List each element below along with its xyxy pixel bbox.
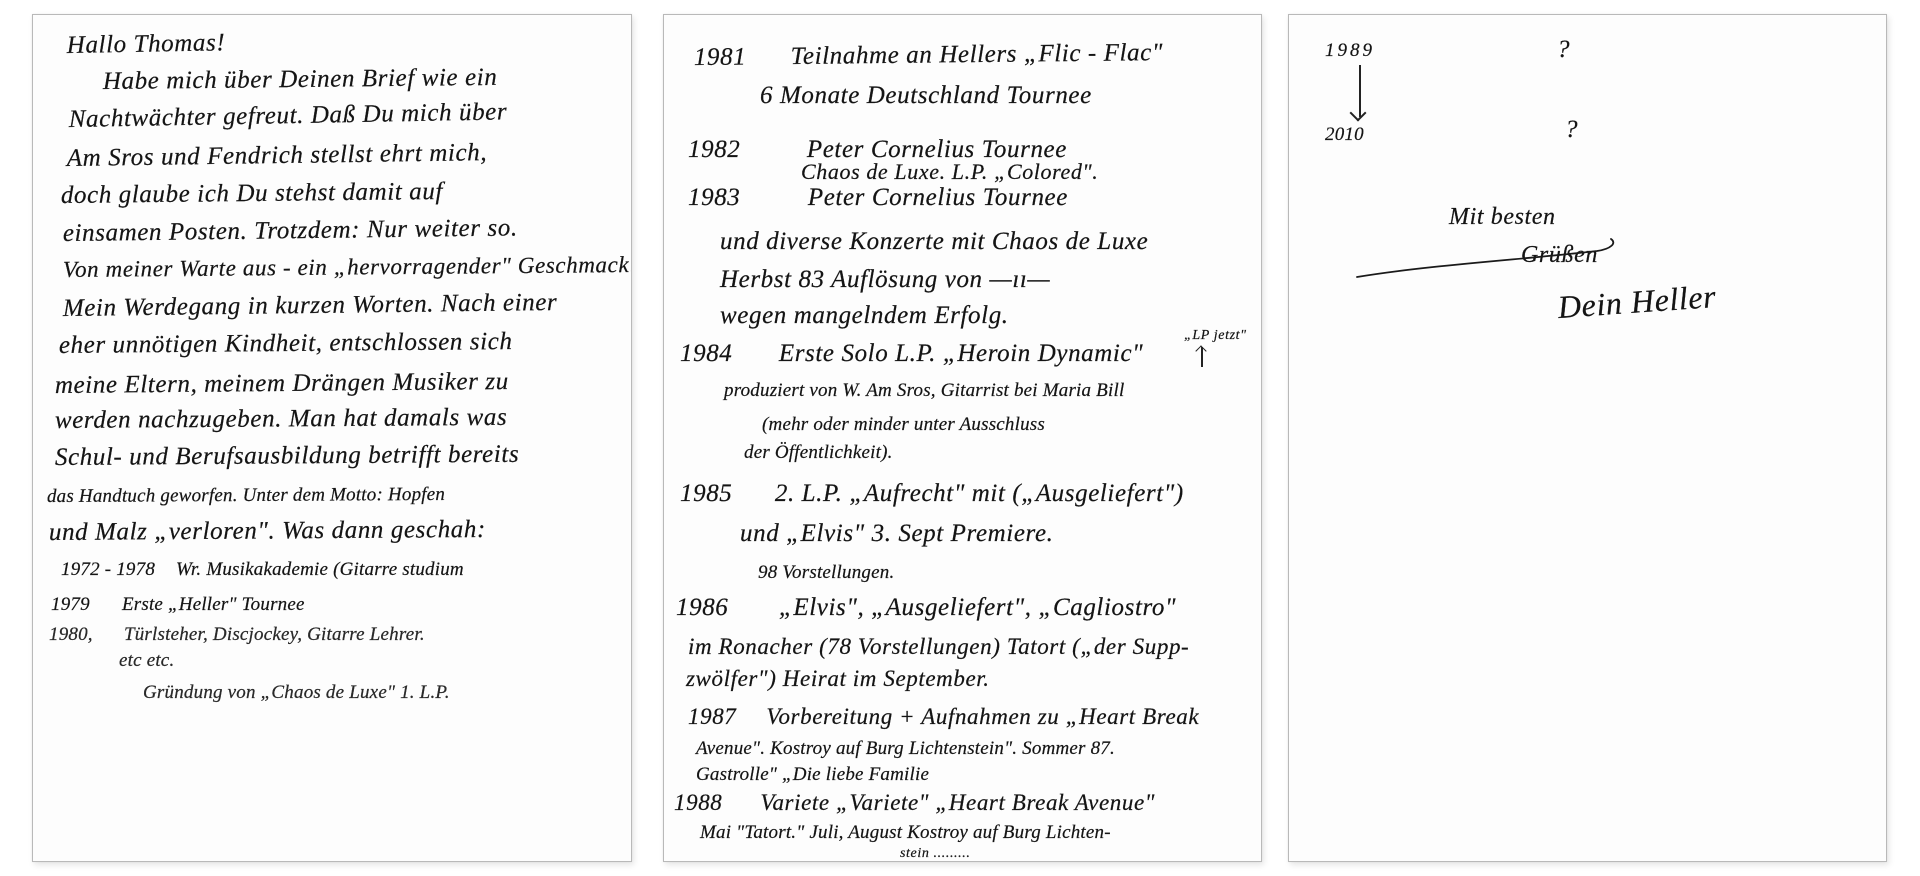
letter-line: eher unnötigen Kindheit, entschlossen si… — [59, 329, 513, 358]
arrow-down-icon — [1359, 65, 1361, 117]
timeline-year: 1980, — [49, 625, 119, 644]
timeline-year: 1986 — [676, 595, 772, 620]
letter-line: einsamen Posten. Trotzdem: Nur weiter so… — [63, 215, 518, 246]
timeline-text: Vorbereitung + Aufnahmen zu „Heart Break — [766, 704, 1199, 729]
timeline-text: Peter Cornelius Tournee — [808, 184, 1068, 211]
margin-annotation: „LP jetzt" — [1184, 329, 1247, 343]
timeline-row: 1985 2. L.P. „Aufrecht" mit („Ausgeliefe… — [680, 481, 1184, 506]
range-start-year: 1989 — [1325, 41, 1375, 60]
timeline-row: 1981 Teilnahme an Hellers „Flic - Flac" — [694, 40, 1163, 70]
range-end-year: 2010 — [1325, 125, 1364, 144]
timeline-text: Gründung von „Chaos de Luxe" 1. L.P. — [143, 682, 450, 703]
timeline-text: Wr. Musikakademie (Gitarre studium — [176, 559, 464, 580]
letter-page-3: 1989 2010 ? ? Mit besten Grüßen Dein Hel… — [1288, 14, 1887, 862]
timeline-text: 6 Monate Deutschland Tournee — [760, 83, 1092, 108]
timeline-year: 1984 — [680, 341, 772, 366]
timeline-text: stein ......... — [900, 847, 970, 861]
timeline-text: Erste Solo L.P. „Heroin Dynamic" — [779, 340, 1143, 367]
timeline-row: etc etc. — [119, 651, 174, 670]
arrow-up-icon — [1201, 347, 1203, 367]
question-mark: ? — [1565, 117, 1578, 142]
timeline-text: Türlsteher, Discjockey, Gitarre Lehrer. — [124, 624, 425, 645]
timeline-text: 2. L.P. „Aufrecht" mit („Ausgeliefert") — [775, 480, 1184, 507]
timeline-row: 1984 Erste Solo L.P. „Heroin Dynamic" — [680, 341, 1143, 366]
timeline-text: Variete „Variete" „Heart Break Avenue" — [760, 790, 1155, 815]
timeline-text: Gastrolle" „Die liebe Familie — [696, 765, 929, 784]
question-mark: ? — [1557, 37, 1570, 62]
timeline-row: 1986 „Elvis", „Ausgeliefert", „Cagliostr… — [676, 595, 1176, 620]
letter-line: Habe mich über Deinen Brief wie ein — [103, 65, 498, 94]
timeline-text: Teilnahme an Hellers „Flic - Flac" — [791, 39, 1164, 70]
timeline-year: 1979 — [51, 595, 117, 614]
letter-line: Nachtwächter gefreut. Daß Du mich über — [69, 99, 508, 132]
timeline-text: „Elvis", „Ausgeliefert", „Cagliostro" — [779, 594, 1176, 621]
timeline-text: (mehr oder minder unter Ausschluss — [762, 415, 1045, 434]
timeline-year: 1983 — [688, 185, 801, 210]
letter-line: und Malz „verloren". Was dann geschah: — [49, 517, 486, 545]
signature-underline — [1349, 195, 1629, 285]
letter-line: das Handtuch geworfen. Unter dem Motto: … — [47, 485, 445, 506]
timeline-year: 1981 — [694, 44, 784, 70]
timeline-row: Gründung von „Chaos de Luxe" 1. L.P. — [143, 683, 450, 702]
timeline-text: und diverse Konzerte mit Chaos de Luxe — [720, 229, 1148, 254]
timeline-text: Avenue". Kostroy auf Burg Lichtenstein".… — [696, 739, 1115, 758]
letter-page-1: Hallo Thomas! Habe mich über Deinen Brie… — [32, 14, 632, 862]
timeline-year: 1988 — [674, 791, 754, 814]
timeline-text: im Ronacher (78 Vorstellungen) Tatort („… — [688, 635, 1189, 658]
timeline-year: 1972 - 1978 — [61, 560, 171, 579]
timeline-text: Chaos de Luxe. L.P. „Colored". — [801, 161, 1098, 183]
timeline-text: Mai "Tatort." Juli, August Kostroy auf B… — [700, 823, 1111, 842]
timeline-text: und „Elvis" 3. Sept Premiere. — [740, 521, 1054, 546]
letter-line: werden nachzugeben. Man hat damals was — [55, 405, 508, 433]
letter-line: Am Sros und Fendrich stellst ehrt mich, — [67, 140, 488, 171]
letter-line: Mein Werdegang in kurzen Worten. Nach ei… — [63, 290, 558, 321]
letter-page-2: 1981 Teilnahme an Hellers „Flic - Flac" … — [663, 14, 1262, 862]
timeline-row: 1983 Peter Cornelius Tournee — [688, 185, 1068, 210]
letter-line: meine Eltern, meinem Drängen Musiker zu — [55, 369, 509, 398]
timeline-year: 1982 — [688, 137, 800, 162]
letter-line: Von meiner Warte aus - ein „hervorragend… — [63, 253, 632, 281]
letter-line: doch glaube ich Du stehst damit auf — [61, 179, 443, 208]
timeline-row: 1979 Erste „Heller" Tournee — [51, 595, 305, 614]
timeline-text: produziert von W. Am Sros, Gitarrist bei… — [724, 381, 1124, 400]
timeline-row: 1980, Türlsteher, Discjockey, Gitarre Le… — [49, 625, 425, 644]
timeline-text: etc etc. — [119, 650, 174, 671]
signature: Dein Heller — [1557, 280, 1717, 323]
letter-line: Schul- und Berufsausbildung betrifft ber… — [55, 442, 519, 470]
timeline-row: 1987 Vorbereitung + Aufnahmen zu „Heart … — [688, 705, 1199, 728]
timeline-year: 1987 — [688, 705, 760, 728]
timeline-row: 1972 - 1978 Wr. Musikakademie (Gitarre s… — [61, 560, 464, 579]
greeting: Hallo Thomas! — [67, 30, 226, 58]
timeline-text: Erste „Heller" Tournee — [122, 594, 305, 615]
timeline-text: Herbst 83 Auflösung von —ıı— — [720, 267, 1050, 292]
timeline-text: 98 Vorstellungen. — [758, 563, 894, 582]
timeline-row: 1988 Variete „Variete" „Heart Break Aven… — [674, 791, 1155, 814]
timeline-year: 1985 — [680, 481, 768, 506]
timeline-text: zwölfer") Heirat im September. — [686, 667, 990, 690]
timeline-text: der Öffentlichkeit). — [744, 443, 893, 462]
timeline-text: wegen mangelndem Erfolg. — [720, 303, 1009, 328]
